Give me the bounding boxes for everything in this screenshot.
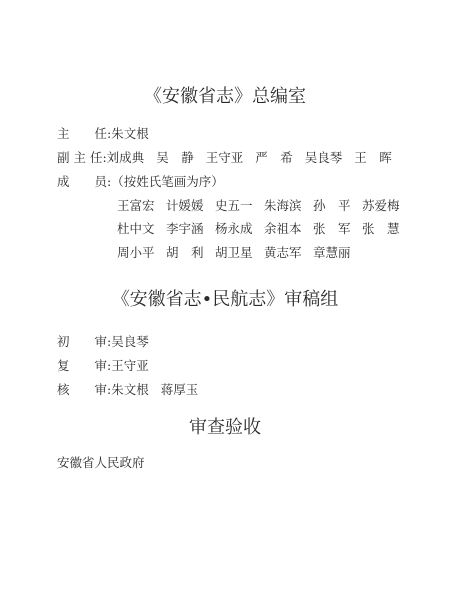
member-name: 史五一 bbox=[215, 198, 264, 214]
deputy-name: 王守亚 bbox=[206, 150, 244, 166]
deputy-name: 严 希 bbox=[255, 150, 293, 166]
members-list-row: 王富宏计媛媛史五一朱海滨孙 平苏爱梅 bbox=[117, 198, 400, 214]
member-name: 苏爱梅 bbox=[362, 198, 400, 214]
review-group-title: 《安徽省志•民航志》审稿组 bbox=[0, 289, 450, 311]
member-name: 杨永成 bbox=[215, 221, 264, 237]
editorial-office-title: 《安徽省志》总编室 bbox=[0, 86, 450, 108]
member-name: 章慧丽 bbox=[313, 245, 351, 261]
reviewer-name: 王守亚 bbox=[111, 358, 149, 374]
member-name: 周小平 bbox=[117, 245, 166, 261]
second-review-label: 复 审: bbox=[57, 358, 111, 374]
member-name: 余祖本 bbox=[264, 221, 313, 237]
final-review-label: 核 审: bbox=[57, 382, 111, 398]
member-name: 朱海滨 bbox=[264, 198, 313, 214]
acceptance-title: 审查验收 bbox=[0, 417, 450, 439]
acceptance-organization: 安徽省人民政府 bbox=[57, 455, 145, 471]
deputy-name: 吴 静 bbox=[156, 150, 194, 166]
member-name: 张 军 bbox=[313, 221, 362, 237]
member-name: 王富宏 bbox=[117, 198, 166, 214]
deputy-directors-label: 副 主 任: bbox=[57, 150, 107, 166]
review-row-second: 复 审:王守亚 bbox=[57, 358, 161, 374]
members-row: 成 员:（按姓氏笔画为序） bbox=[57, 174, 224, 190]
member-name: 张 慧 bbox=[362, 221, 400, 237]
member-name: 孙 平 bbox=[313, 198, 362, 214]
reviewer-name: 朱文根 bbox=[111, 382, 149, 398]
member-name: 胡 利 bbox=[166, 245, 215, 261]
deputy-name: 王 晖 bbox=[354, 150, 392, 166]
review-row-initial: 初 审:吴良琴 bbox=[57, 334, 161, 350]
member-name: 黄志军 bbox=[264, 245, 313, 261]
director-name: 朱文根 bbox=[111, 126, 149, 141]
members-list-row: 周小平胡 利胡卫星黄志军章慧丽 bbox=[117, 245, 351, 261]
deputy-directors-row: 副 主 任:刘成典吴 静王守亚严 希吴良琴王 晖 bbox=[57, 150, 404, 166]
members-label: 成 员: bbox=[57, 174, 111, 190]
reviewer-name: 蒋厚玉 bbox=[161, 382, 199, 398]
reviewer-name: 吴良琴 bbox=[111, 334, 149, 350]
review-row-final: 核 审:朱文根蒋厚玉 bbox=[57, 382, 210, 398]
members-list-row: 杜中文李宇涵杨永成余祖本张 军张 慧 bbox=[117, 221, 400, 237]
director-label: 主 任: bbox=[57, 126, 111, 142]
members-note: （按姓氏笔画为序） bbox=[111, 174, 224, 189]
member-name: 计媛媛 bbox=[166, 198, 215, 214]
deputy-name: 吴良琴 bbox=[305, 150, 343, 166]
initial-review-label: 初 审: bbox=[57, 334, 111, 350]
member-name: 李宇涵 bbox=[166, 221, 215, 237]
member-name: 杜中文 bbox=[117, 221, 166, 237]
member-name: 胡卫星 bbox=[215, 245, 264, 261]
director-row: 主 任:朱文根 bbox=[57, 126, 149, 142]
deputy-name: 刘成典 bbox=[107, 150, 145, 166]
